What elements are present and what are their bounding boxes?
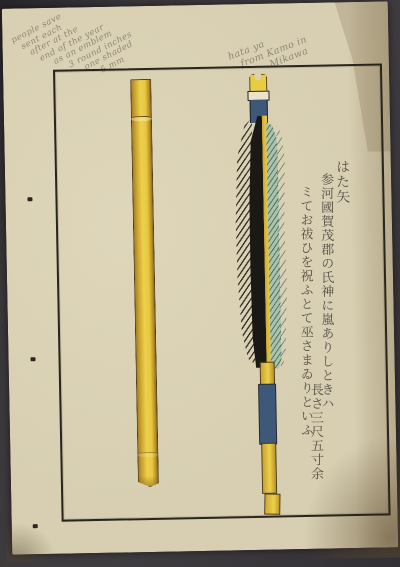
binding-hole: [30, 357, 35, 361]
calligraphy-column-length-note: 長さ三尺五寸余: [307, 383, 323, 481]
arrow-shaft-lower: [261, 443, 277, 494]
bottom-left-stain: [6, 522, 57, 563]
arrow-foot-tip: [264, 494, 280, 515]
calligraphy-column-title: はた矢: [334, 159, 350, 204]
bamboo-node: [137, 452, 158, 457]
drawing-border-frame: [53, 63, 391, 521]
calligraphy-column: 参河國賀茂郡の氏神に嵐ありしときハ: [317, 173, 333, 411]
binding-hole: [27, 197, 32, 201]
bamboo-node: [131, 116, 152, 121]
arrow-blue-wrap: [258, 384, 277, 445]
fletched-arrow-drawing: [2, 1, 388, 8]
binding-hole: [33, 524, 38, 528]
manuscript-page: people savesent eachafter at theend of t…: [2, 1, 398, 554]
